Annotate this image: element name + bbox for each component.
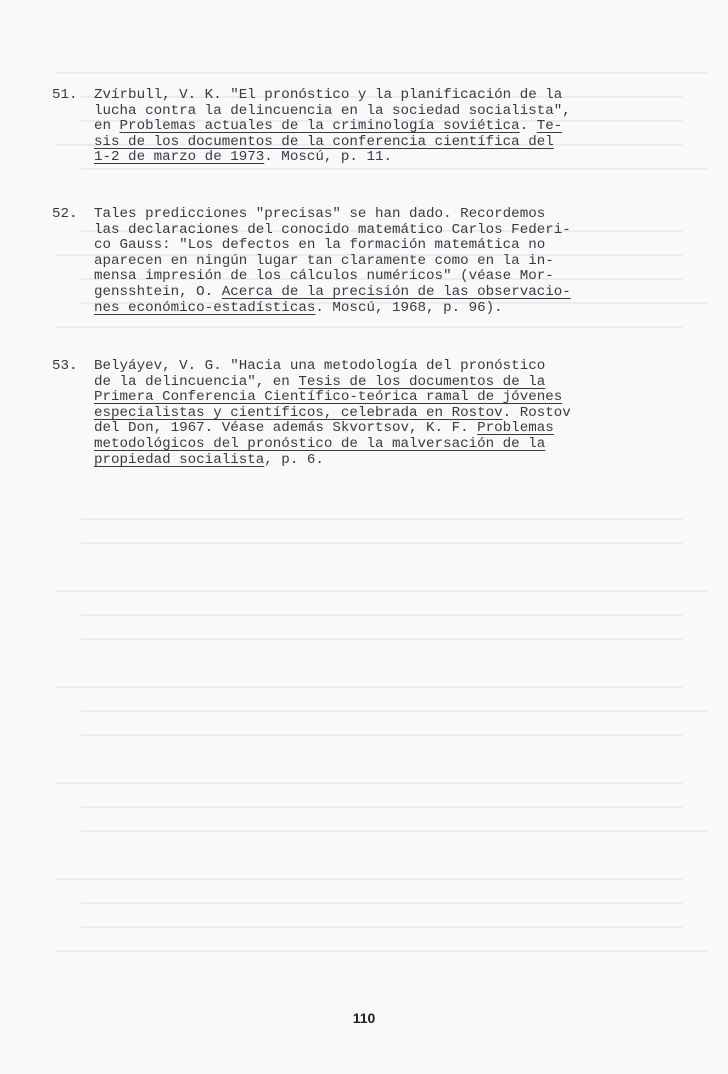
bleed-through-line xyxy=(55,326,683,328)
bleed-through-line xyxy=(55,72,708,74)
underlined-title: Te- xyxy=(537,118,563,134)
text-segment: las declaraciones del conocido matemátic… xyxy=(94,222,571,238)
text-line: 1-2 de marzo de 1973. Moscú, p. 11. xyxy=(94,150,712,166)
text-line: Belyáyev, V. G. "Hacia una metodología d… xyxy=(94,359,712,375)
text-segment: . Moscú, p. 11. xyxy=(264,149,392,165)
text-line: mensa impresión de los cálculos numérico… xyxy=(94,269,712,285)
underlined-title: metodológicos del pronóstico de la malve… xyxy=(94,436,545,452)
bleed-through-line xyxy=(55,590,708,592)
text-segment: gensshtein, O. xyxy=(94,284,222,300)
bleed-through-line xyxy=(55,686,683,688)
bleed-through-line xyxy=(80,710,708,712)
text-line: lucha contra la delincuencia en la socie… xyxy=(94,104,712,120)
text-line: Zvírbull, V. K. "El pronóstico y la plan… xyxy=(94,88,712,104)
text-segment: . Moscú, 1968, p. 96). xyxy=(315,300,502,316)
text-line: gensshtein, O. Acerca de la precisión de… xyxy=(94,285,712,301)
page-number: 110 xyxy=(0,1010,728,1026)
underlined-title: Acerca de la precisión de las observacio… xyxy=(222,284,571,300)
document-page: 51. Zvírbull, V. K. "El pronóstico y la … xyxy=(0,0,728,1074)
bleed-through-line xyxy=(80,614,683,616)
text-line: las declaraciones del conocido matemátic… xyxy=(94,223,712,239)
text-line: del Don, 1967. Véase además Skvortsov, K… xyxy=(94,421,712,437)
underlined-title: propiedad socialista xyxy=(94,452,264,468)
footnote-text: Tales predicciones "precisas" se han dad… xyxy=(94,207,712,316)
text-line: Tales predicciones "precisas" se han dad… xyxy=(94,207,712,223)
underlined-title: Problemas xyxy=(477,420,554,436)
bleed-through-line xyxy=(55,950,708,952)
text-segment: . xyxy=(520,118,537,134)
underlined-title: Tesis de los documentos de la xyxy=(298,374,545,390)
text-line: metodológicos del pronóstico de la malve… xyxy=(94,437,712,453)
footnote-number: 52. xyxy=(52,207,94,223)
text-segment: de la delincuencia", en xyxy=(94,374,298,390)
footnote-number: 51. xyxy=(52,88,94,104)
text-segment: co Gauss: "Los defectos en la formación … xyxy=(94,237,545,253)
underlined-title: 1-2 de marzo de 1973 xyxy=(94,149,264,165)
underlined-title: Problemas actuales de la criminología so… xyxy=(120,118,520,134)
text-line: en Problemas actuales de la criminología… xyxy=(94,119,712,135)
text-segment: . Rostov xyxy=(503,405,571,421)
bleed-through-line xyxy=(80,830,708,832)
bleed-through-line xyxy=(80,926,683,928)
footnote-53: 53. Belyáyev, V. G. "Hacia una metodolog… xyxy=(52,359,712,468)
bleed-through-line xyxy=(80,168,708,170)
bleed-through-line xyxy=(55,878,683,880)
footnote-number: 53. xyxy=(52,359,94,375)
underlined-title: nes económico-estadísticas xyxy=(94,300,315,316)
text-segment: Belyáyev, V. G. "Hacia una metodología d… xyxy=(94,358,545,374)
underlined-title: Primera Conferencia Científico-teórica r… xyxy=(94,389,562,405)
bleed-through-line xyxy=(80,638,683,640)
text-line: de la delincuencia", en Tesis de los doc… xyxy=(94,375,712,391)
bleed-through-line xyxy=(55,782,683,784)
bleed-through-line xyxy=(80,518,683,520)
underlined-title: sis de los documentos de la conferencia … xyxy=(94,134,554,150)
footnote-text: Belyáyev, V. G. "Hacia una metodología d… xyxy=(94,359,712,468)
bleed-through-line xyxy=(80,902,683,904)
underlined-title: especialistas y científicos, celebrada e… xyxy=(94,405,503,421)
text-line: sis de los documentos de la conferencia … xyxy=(94,135,712,151)
text-segment: lucha contra la delincuencia en la socie… xyxy=(94,103,571,119)
text-line: co Gauss: "Los defectos en la formación … xyxy=(94,238,712,254)
bleed-through-line xyxy=(80,542,683,544)
text-segment: en xyxy=(94,118,120,134)
footnote-51: 51. Zvírbull, V. K. "El pronóstico y la … xyxy=(52,88,712,166)
text-segment: del Don, 1967. Véase además Skvortsov, K… xyxy=(94,420,477,436)
text-line: aparecen en ningún lugar tan claramente … xyxy=(94,254,712,270)
footnote-text: Zvírbull, V. K. "El pronóstico y la plan… xyxy=(94,88,712,166)
text-segment: Tales predicciones "precisas" se han dad… xyxy=(94,206,545,222)
text-line: especialistas y científicos, celebrada e… xyxy=(94,406,712,422)
text-segment: Zvírbull, V. K. "El pronóstico y la plan… xyxy=(94,87,562,103)
text-line: propiedad socialista, p. 6. xyxy=(94,453,712,469)
text-segment: mensa impresión de los cálculos numérico… xyxy=(94,268,554,284)
bleed-through-line xyxy=(80,734,683,736)
text-line: Primera Conferencia Científico-teórica r… xyxy=(94,390,712,406)
text-line: nes económico-estadísticas. Moscú, 1968,… xyxy=(94,301,712,317)
text-segment: , p. 6. xyxy=(264,452,324,468)
bleed-through-line xyxy=(80,806,683,808)
text-segment: aparecen en ningún lugar tan claramente … xyxy=(94,253,554,269)
footnote-52: 52. Tales predicciones "precisas" se han… xyxy=(52,207,712,316)
